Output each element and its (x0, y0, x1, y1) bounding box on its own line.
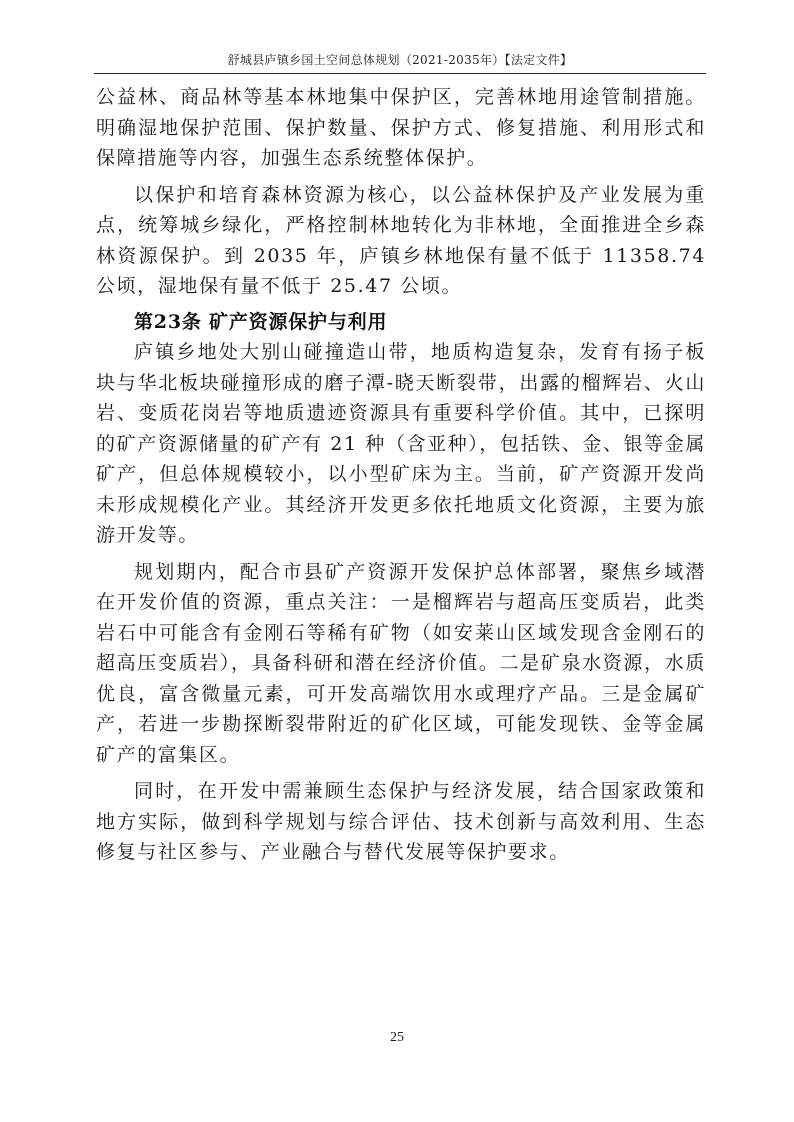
paragraph-development-requirements: 同时，在开发中需兼顾生态保护与经济发展，结合国家政策和地方实际，做到科学规划与综… (96, 776, 706, 868)
paragraph-planning-focus: 规划期内，配合市县矿产资源开发保护总体部署，聚焦乡域潜在开发价值的资源，重点关注… (96, 557, 706, 771)
paragraph-forest-resources: 以保护和培育森林资源为核心，以公益林保护及产业发展为重点，统筹城乡绿化，严格控制… (96, 180, 706, 302)
paragraph-forest-protection-continued: 公益林、商品林等基本林地集中保护区，完善林地用途管制措施。明确湿地保护范围、保护… (96, 82, 706, 174)
page-header-title: 舒城县庐镇乡国土空间总体规划（2021-2035年）【法定文件】 (94, 52, 706, 68)
article-heading: 第23条 矿产资源保护与利用 (96, 307, 706, 338)
page-number: 25 (0, 1030, 794, 1046)
header-divider (94, 73, 706, 74)
document-body: 公益林、商品林等基本林地集中保护区，完善林地用途管制措施。明确湿地保护范围、保护… (96, 82, 706, 868)
paragraph-geology: 庐镇乡地处大别山碰撞造山带，地质构造复杂，发育有扬子板块与华北板块碰撞形成的磨子… (96, 337, 706, 551)
